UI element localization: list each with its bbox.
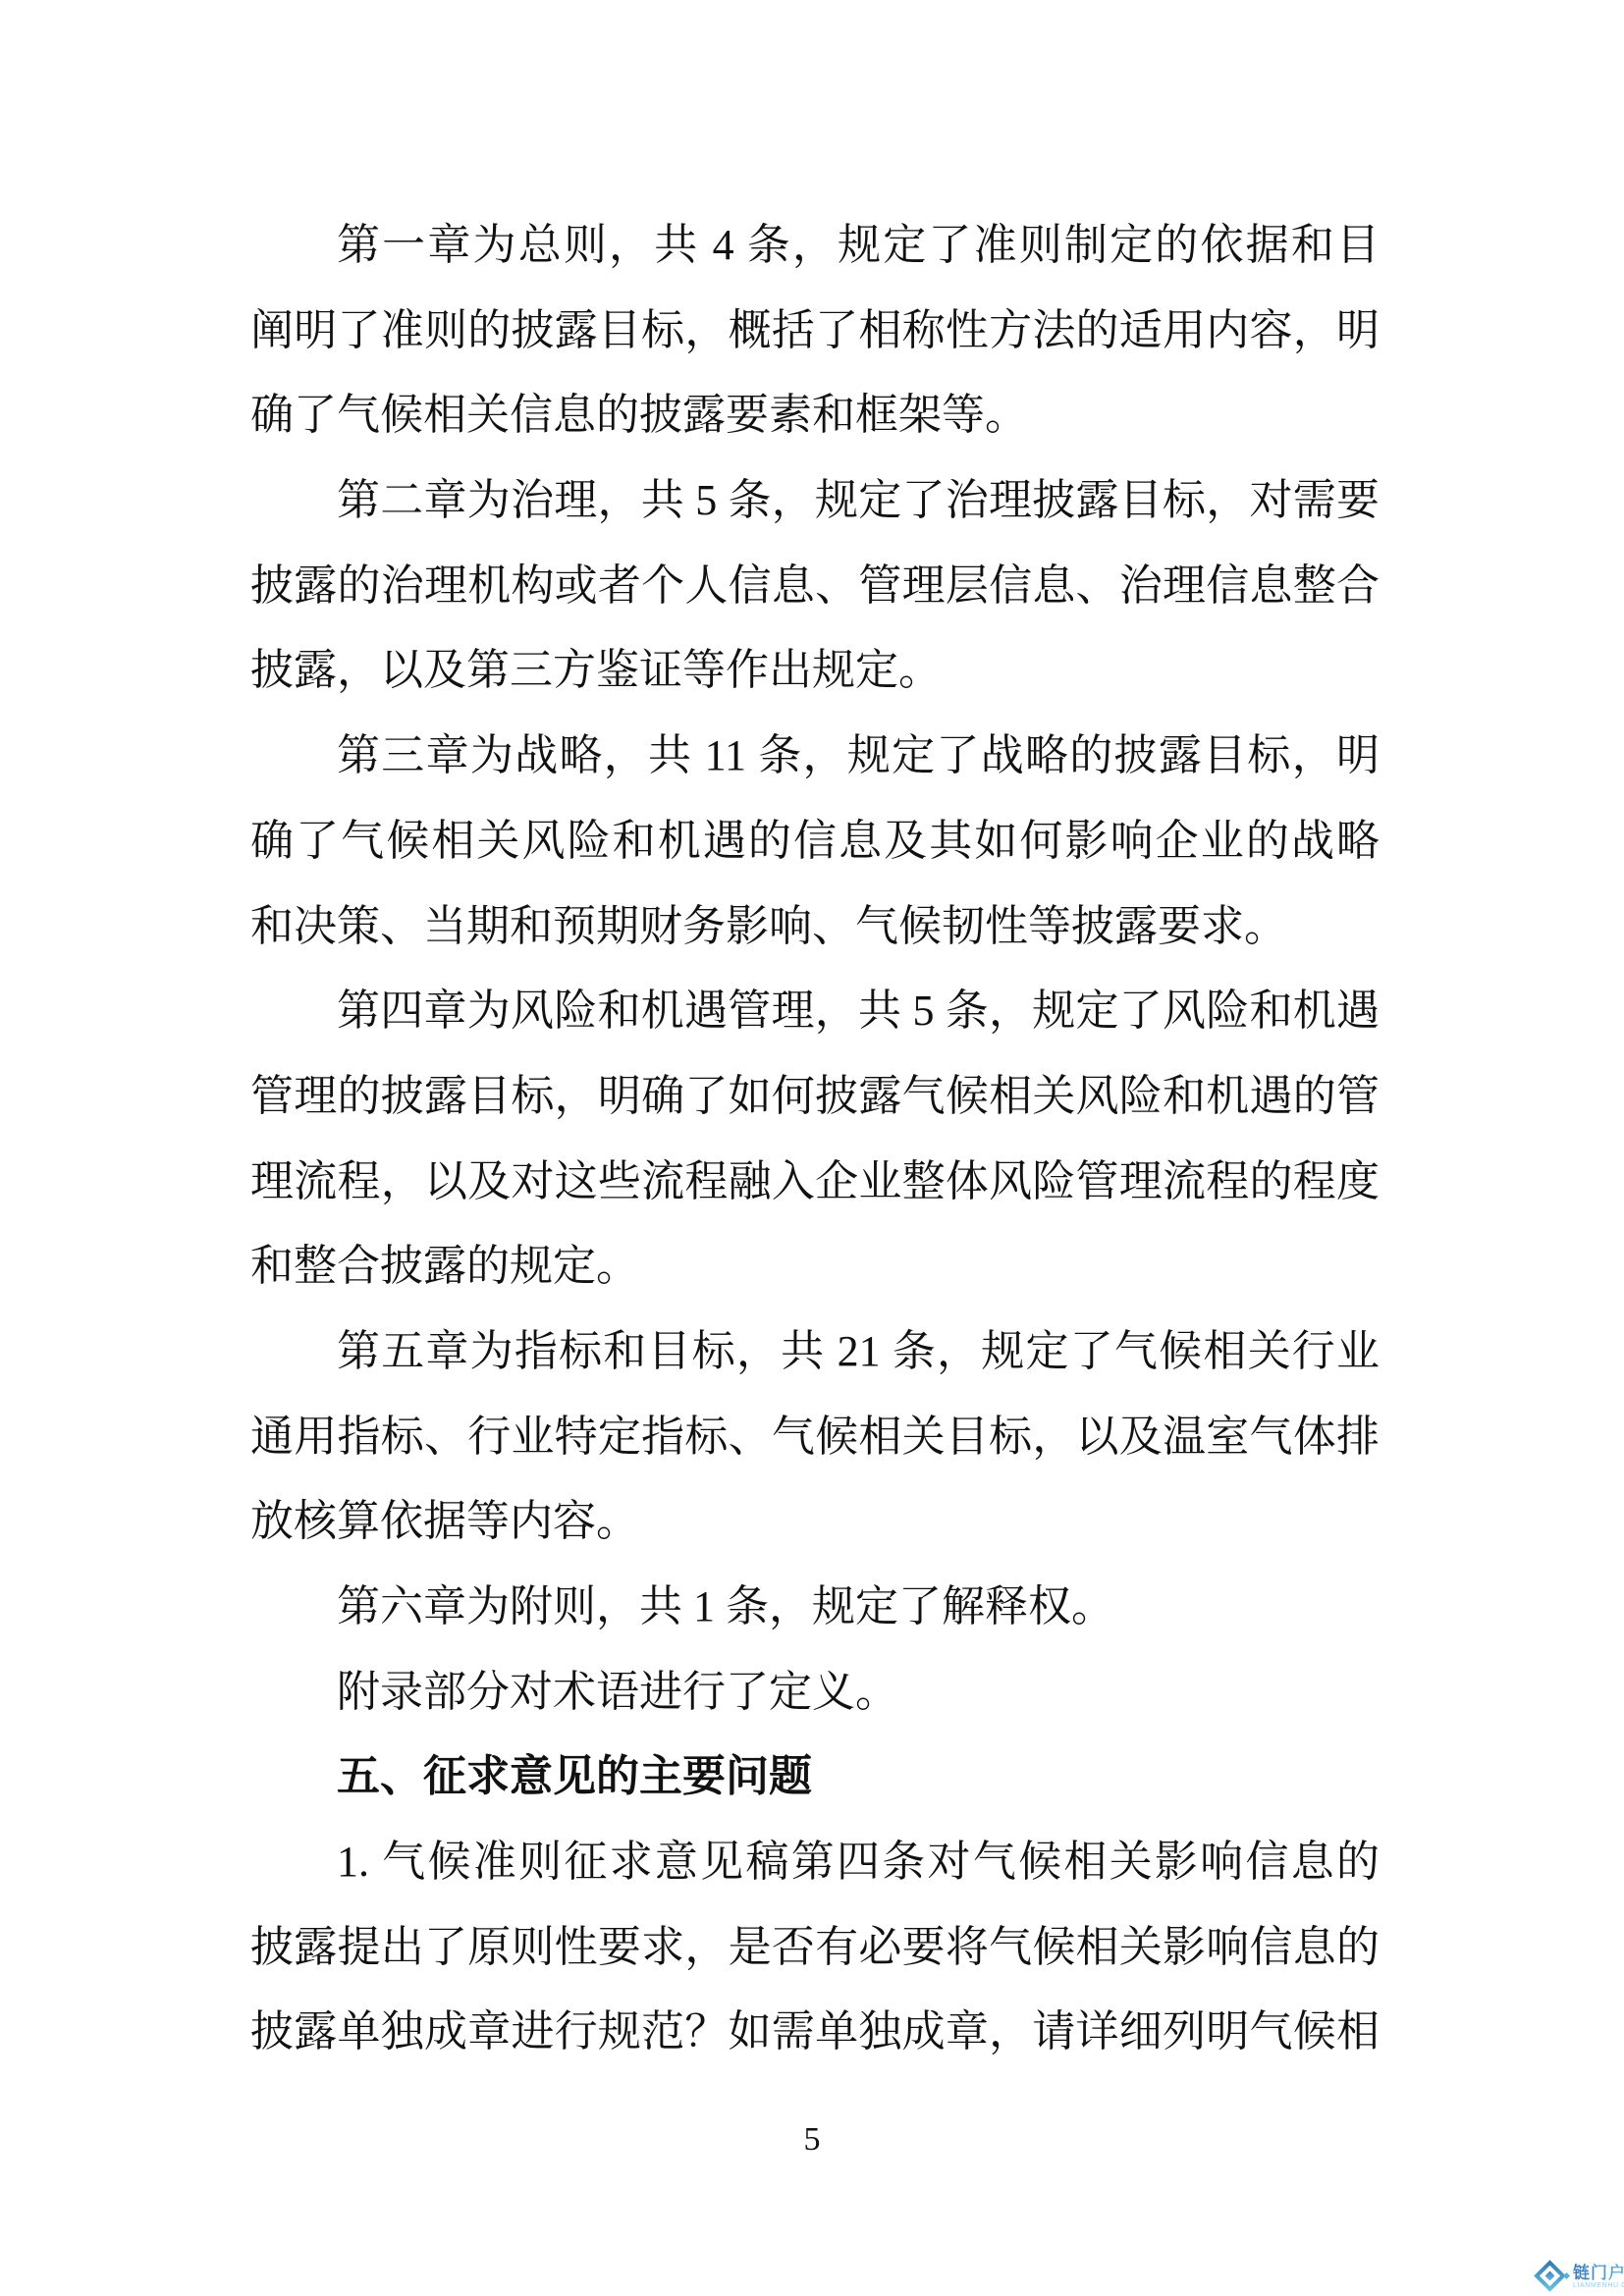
text-line: 确了气候相关信息的披露要素和框架等。	[250, 373, 1380, 458]
text-block: 第一章为总则，共 4 条，规定了准则制定的依据和目的，阐明了准则的披露目标，概括…	[250, 203, 1380, 2075]
diamond-logo-icon	[1534, 2260, 1567, 2293]
text-line: 附录部分对术语进行了定义。	[250, 1650, 1380, 1735]
paragraph: 第三章为战略，共 11 条，规定了战略的披露目标，明确了气候相关风险和机遇的信息…	[250, 714, 1380, 969]
document-page: 第一章为总则，共 4 条，规定了准则制定的依据和目的，阐明了准则的披露目标，概括…	[0, 0, 1624, 2296]
text-line: 披露的治理机构或者个人信息、管理层信息、治理信息整合	[250, 544, 1380, 629]
watermark: 链门户 LIANMENHU.COM	[1534, 2260, 1624, 2293]
text-line: 第四章为风险和机遇管理，共 5 条，规定了风险和机遇	[250, 969, 1380, 1054]
page-number: 5	[0, 2118, 1624, 2162]
text-line: 阐明了准则的披露目标，概括了相称性方法的适用内容，明	[250, 289, 1380, 374]
paragraph: 第二章为治理，共 5 条，规定了治理披露目标，对需要披露的治理机构或者个人信息、…	[250, 458, 1380, 714]
text-line: 第三章为战略，共 11 条，规定了战略的披露目标，明	[250, 714, 1380, 799]
watermark-domain: LIANMENHU.COM	[1573, 2282, 1624, 2290]
text-line: 确了气候相关风险和机遇的信息及其如何影响企业的战略	[250, 799, 1380, 884]
text-line: 和决策、当期和预期财务影响、气候韧性等披露要求。	[250, 884, 1380, 970]
text-line: 第五章为指标和目标，共 21 条，规定了气候相关行业	[250, 1309, 1380, 1395]
paragraph: 第五章为指标和目标，共 21 条，规定了气候相关行业通用指标、行业特定指标、气候…	[250, 1309, 1380, 1565]
text-line: 管理的披露目标，明确了如何披露气候相关风险和机遇的管	[250, 1054, 1380, 1140]
text-line: 第一章为总则，共 4 条，规定了准则制定的依据和目的，	[250, 203, 1380, 289]
text-line: 披露，以及第三方鉴证等作出规定。	[250, 628, 1380, 714]
section-heading: 五、征求意见的主要问题	[250, 1735, 1380, 1820]
paragraph: 附录部分对术语进行了定义。	[250, 1650, 1380, 1735]
paragraph: 1. 气候准则征求意见稿第四条对气候相关影响信息的披露提出了原则性要求，是否有必…	[250, 1820, 1380, 2075]
paragraph: 第六章为附则，共 1 条，规定了解释权。	[250, 1565, 1380, 1650]
watermark-brand: 链门户	[1573, 2264, 1624, 2282]
text-line: 通用指标、行业特定指标、气候相关目标，以及温室气体排	[250, 1395, 1380, 1480]
text-line: 理流程，以及对这些流程融入企业整体风险管理流程的程度	[250, 1140, 1380, 1225]
text-line: 第二章为治理，共 5 条，规定了治理披露目标，对需要	[250, 458, 1380, 544]
watermark-text: 链门户 LIANMENHU.COM	[1573, 2264, 1624, 2290]
paragraph: 第四章为风险和机遇管理，共 5 条，规定了风险和机遇管理的披露目标，明确了如何披…	[250, 969, 1380, 1309]
heading-line: 五、征求意见的主要问题	[250, 1735, 1380, 1820]
text-line: 第六章为附则，共 1 条，规定了解释权。	[250, 1565, 1380, 1650]
text-line: 披露提出了原则性要求，是否有必要将气候相关影响信息的	[250, 1905, 1380, 1991]
text-line: 放核算依据等内容。	[250, 1479, 1380, 1565]
text-line: 披露单独成章进行规范？如需单独成章，请详细列明气候相	[250, 1990, 1380, 2075]
text-line: 1. 气候准则征求意见稿第四条对气候相关影响信息的	[250, 1820, 1380, 1905]
paragraph: 第一章为总则，共 4 条，规定了准则制定的依据和目的，阐明了准则的披露目标，概括…	[250, 203, 1380, 458]
text-line: 和整合披露的规定。	[250, 1224, 1380, 1309]
